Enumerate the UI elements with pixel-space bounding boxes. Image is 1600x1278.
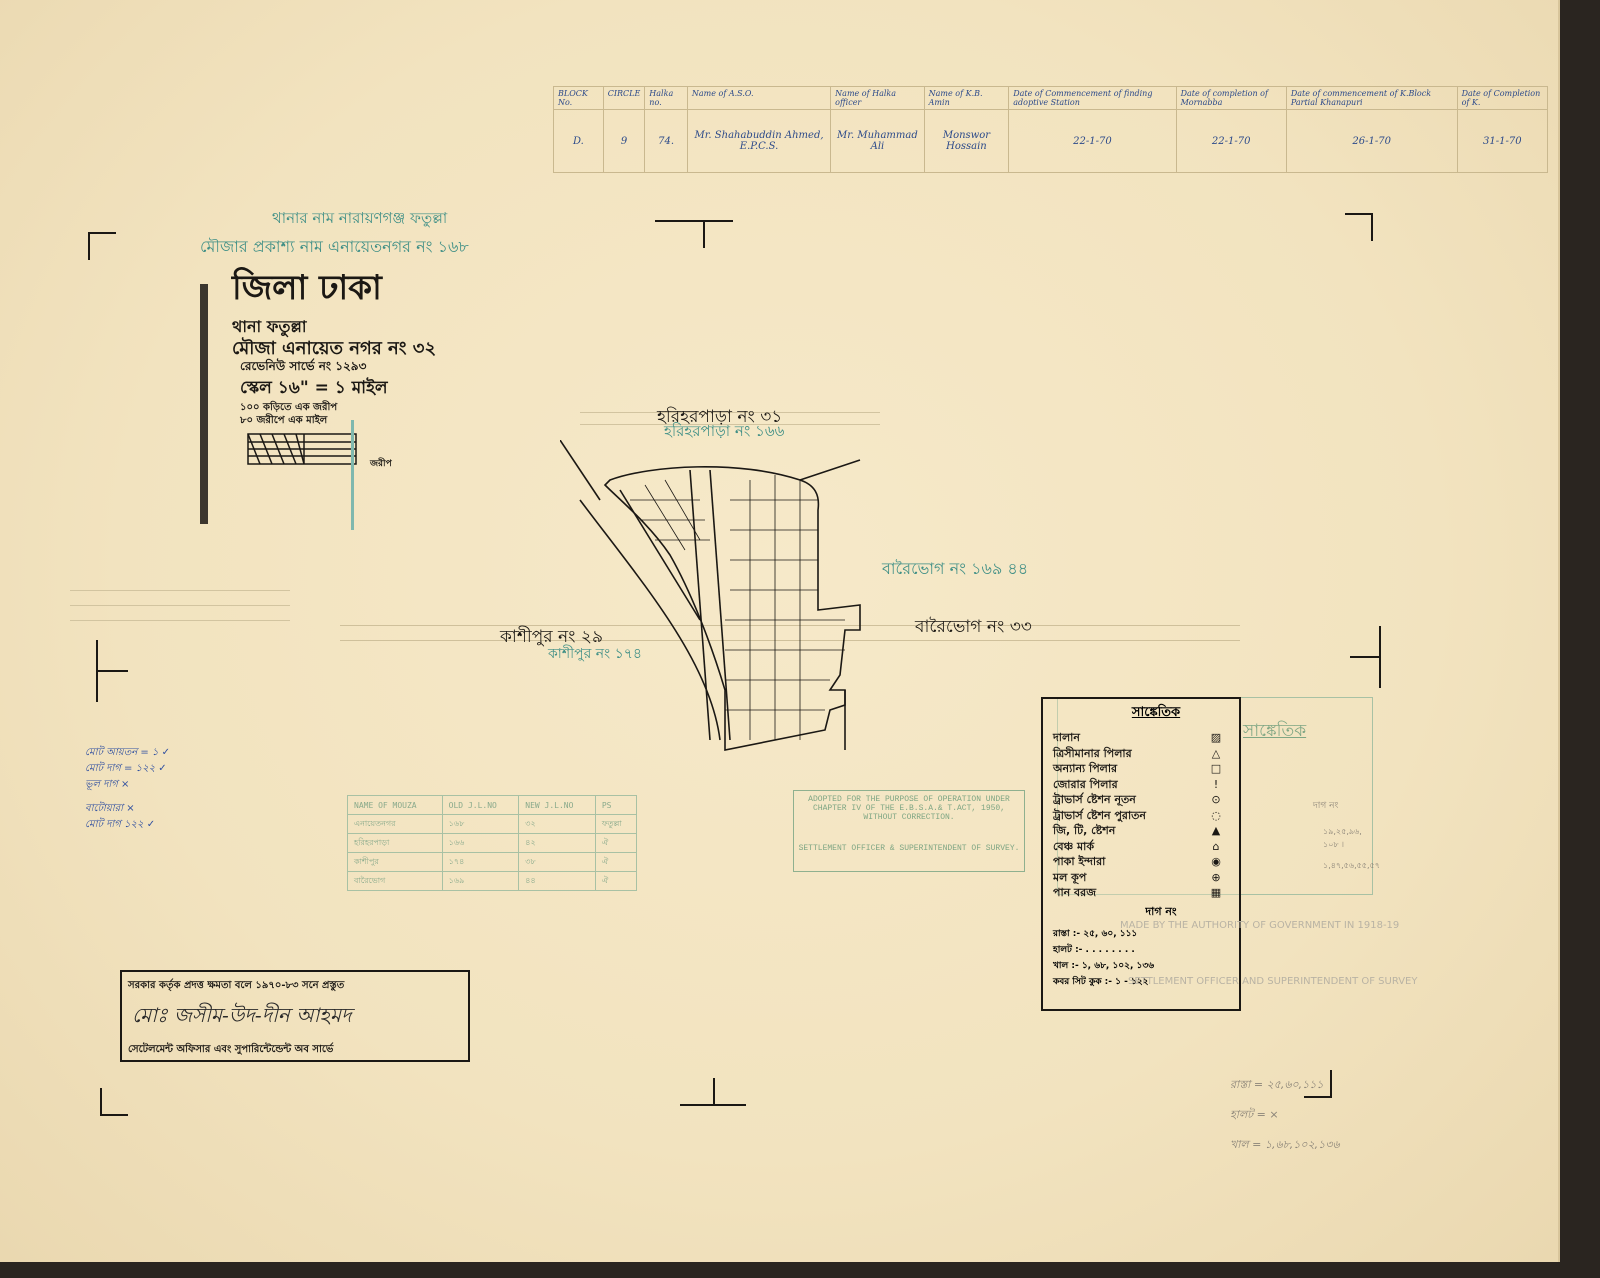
legend-box: সাঙ্কেতিক দালান ত্রিসীমানার পিলার অন্যান…	[1041, 697, 1241, 1011]
tick-mark-top	[655, 220, 733, 222]
prepared-stamp: সরকার কর্তৃক প্রদত্ত ক্ষমতা বলে ১৯৭০-৮৩ …	[120, 970, 470, 1062]
note-line: খাল = ১,৬৮,১০২,১৩৬	[1230, 1130, 1340, 1160]
header-cell: Name of K.B. Amin	[924, 87, 1009, 110]
cell: ৩২	[519, 815, 596, 834]
faded-dag-row: ১৯,২৫,৯৬, ১০৮ ।	[1323, 826, 1372, 852]
table-row: এনায়েতনগর১৬৮৩২ফতুল্লা	[348, 815, 637, 834]
legend-item-label: অন্যান্য পিলার	[1053, 761, 1193, 777]
legend-item-label: পাকা ইন্দারা	[1053, 854, 1193, 870]
cell-block: D.	[554, 110, 604, 173]
header-cell: PS	[595, 796, 636, 815]
corner-mark-top-left	[88, 232, 116, 260]
legend-item-label: বেঞ্চ মার্ক	[1053, 839, 1193, 855]
cell-date: 31-1-70	[1457, 110, 1547, 173]
teal-mark	[351, 420, 354, 530]
cell-date: 22-1-70	[1009, 110, 1176, 173]
legend-item-label: ত্রিসীমানার পিলার	[1053, 746, 1193, 762]
ruled-line	[70, 605, 290, 606]
cell: ৪২	[519, 834, 596, 853]
ruled-line	[70, 590, 290, 591]
thana-name-stamp: থানার নাম নারায়ণগঞ্জ ফতুল্লা	[272, 207, 447, 232]
cell: বারৈভোগ	[348, 872, 443, 891]
dag-row-halot: হালট :- . . . . . . . .	[1053, 942, 1239, 958]
dag-row-canal: খাল :- ১, ৬৮, ১০২, ১৩৬	[1053, 958, 1239, 974]
legend-item-label: দালান	[1053, 730, 1193, 746]
legend-item-label: ট্রাভার্স ষ্টেশন পুরাতন	[1053, 808, 1193, 824]
note-line: ভূল দাগ ×	[85, 777, 170, 793]
bench-mark-icon: ⌂	[1201, 839, 1231, 855]
tick-mark-right	[1350, 656, 1380, 658]
building-icon: ▨	[1201, 730, 1231, 746]
legend-item-label: পান বরজ	[1053, 885, 1193, 901]
cell: ঐ	[595, 834, 636, 853]
faded-dag-row: ১,৪৭,৫৬,৫৫,৫৭	[1323, 860, 1380, 873]
cell-halka: 74.	[645, 110, 688, 173]
cell: কাশীপুর	[348, 853, 443, 872]
header-cell: Name of A.S.O.	[687, 87, 830, 110]
faded-dag-heading: দাগ নং	[1313, 798, 1338, 813]
cell: ৪৪	[519, 872, 596, 891]
header-cell: Date of commencement of K.Block Partial …	[1286, 87, 1457, 110]
scale-bar-unit: জরীপ	[370, 456, 392, 471]
table-header-row: BLOCK No. CIRCLE Halka no. Name of A.S.O…	[554, 87, 1548, 110]
scale-note: ৮০ জরীপে এক মাইল	[240, 413, 327, 430]
cell: হরিহরপাড়া	[348, 834, 443, 853]
district-title: জিলা ঢাকা	[232, 262, 382, 319]
dag-heading: দাগ নং	[1083, 903, 1239, 922]
header-cell: NEW J.L.NO	[519, 796, 596, 815]
survey-progress-table: BLOCK No. CIRCLE Halka no. Name of A.S.O…	[553, 86, 1548, 173]
cell: ১৬৬	[442, 834, 519, 853]
legend-item-label: জি, টি, ষ্টেশন	[1053, 823, 1193, 839]
tri-junction-pillar-icon: △	[1201, 746, 1231, 762]
scale-bar	[242, 432, 362, 472]
mouza-table: NAME OF MOUZA OLD J.L.NO NEW J.L.NO PS এ…	[347, 795, 637, 891]
tick-mark-bottom	[713, 1078, 715, 1106]
header-cell: OLD J.L.NO	[442, 796, 519, 815]
header-cell: BLOCK No.	[554, 87, 604, 110]
header-cell: Halka no.	[645, 87, 688, 110]
legend-item-label: মল কূপ	[1053, 870, 1193, 886]
cell-date: 22-1-70	[1176, 110, 1286, 173]
cell: ১৬৯	[442, 872, 519, 891]
betel-garden-icon: ▦	[1201, 885, 1231, 901]
note-line: বাটোয়ারা ×	[85, 801, 170, 817]
mouza-public-name-stamp: মৌজার প্রকাশ্য নাম এনায়েতনগর নং ১৬৮	[200, 234, 469, 261]
cell-date: 26-1-70	[1286, 110, 1457, 173]
handwritten-notes-bottom-right: রাস্তা = ২৫,৬০,১১১ হালট = × খাল = ১,৬৮,১…	[1230, 1070, 1340, 1160]
legend-title: সাঙ্কেতিক	[1073, 703, 1239, 724]
table-row: D. 9 74. Mr. Shahabuddin Ahmed, E.P.C.S.…	[554, 110, 1548, 173]
cell: ১৬৮	[442, 815, 519, 834]
cell: ঐ	[595, 872, 636, 891]
prepared-stamp-header: সরকার কর্তৃক প্রদত্ত ক্ষমতা বলে ১৯৭০-৮৩ …	[128, 978, 468, 995]
map-sheet: BLOCK No. CIRCLE Halka no. Name of A.S.O…	[0, 0, 1560, 1262]
header-cell: Date of Completion of K.	[1457, 87, 1547, 110]
scale-label: স্কেল ১৬" = ১ মাইল	[240, 375, 388, 403]
prepared-stamp-footer: সেটেলমেন্ট অফিসার এবং সুপারিন্টেন্ডেন্ট …	[128, 1042, 468, 1059]
note-line: মোট দাগ = ১২২ ✓	[85, 761, 170, 777]
note-line: রাস্তা = ২৫,৬০,১১১	[1230, 1070, 1340, 1100]
cell: ৩৮	[519, 853, 596, 872]
boundary-label-west-old: কাশীপুর নং ১৭৪	[548, 642, 642, 666]
cell-circle: 9	[603, 110, 645, 173]
other-pillar-icon: □	[1201, 761, 1231, 777]
tick-mark-left	[96, 670, 128, 672]
note-line: হালট = ×	[1230, 1100, 1340, 1130]
pucca-well-icon: ◉	[1201, 854, 1231, 870]
table-row: হরিহরপাড়া১৬৬৪২ঐ	[348, 834, 637, 853]
corner-mark-bottom-left	[100, 1088, 128, 1116]
header-cell: Name of Halka officer	[831, 87, 924, 110]
header-cell: NAME OF MOUZA	[348, 796, 443, 815]
cell-halka-officer: Mr. Muhammad Ali	[831, 110, 924, 173]
cell: এনায়েতনগর	[348, 815, 443, 834]
ruled-line	[70, 620, 290, 621]
faded-legend-title: সাঙ্কেতিক	[1243, 718, 1306, 746]
title-bar	[200, 284, 208, 524]
adoption-text: ADOPTED FOR THE PURPOSE OF OPERATION UND…	[794, 795, 1024, 822]
officer-signature: মোঃ জসীম-উদ-দীন আহমদ	[132, 1001, 468, 1034]
adoption-footer: SETTLEMENT OFFICER & SUPERINTENDENT OF S…	[794, 844, 1024, 853]
cadastral-map	[560, 440, 880, 770]
legend-item-label: জোরার পিলার	[1053, 777, 1193, 793]
gov-officer-text: SETTLEMENT OFFICER AND SUPERINTENDENT OF…	[1128, 976, 1418, 987]
table-row: কাশীপুর১৭৪৩৮ঐ	[348, 853, 637, 872]
boundary-label-east-old: বারৈভোগ নং ১৬৯ ৪৪	[882, 556, 1028, 583]
table-row: বারৈভোগ১৬৯৪৪ঐ	[348, 872, 637, 891]
header-cell: CIRCLE	[603, 87, 645, 110]
cell-amin: Monswor Hossain	[924, 110, 1009, 173]
adoption-stamp: ADOPTED FOR THE PURPOSE OF OPERATION UND…	[793, 790, 1025, 872]
cell-aso: Mr. Shahabuddin Ahmed, E.P.C.S.	[687, 110, 830, 173]
tick-mark-top	[703, 220, 705, 248]
gov-authority-text: MADE BY THE AUTHORITY OF GOVERNMENT IN 1…	[1120, 920, 1399, 931]
corner-mark-top-right	[1345, 213, 1373, 241]
legend-item-label: ট্রাভার্স ষ্টেশন নূতন	[1053, 792, 1193, 808]
boundary-label-east: বারৈভোগ নং ৩৩	[915, 614, 1032, 642]
note-line: মোট আয়তন = ১ ✓	[85, 745, 170, 761]
handwritten-notes-left: মোট আয়তন = ১ ✓ মোট দাগ = ১২২ ✓ ভূল দাগ …	[85, 745, 170, 833]
cell: ফতুল্লা	[595, 815, 636, 834]
joint-pillar-icon: ǃ	[1201, 777, 1231, 793]
traverse-station-new-icon: ⊙	[1201, 792, 1231, 808]
cell: ১৭৪	[442, 853, 519, 872]
header-cell: Date of Commencement of finding adoptive…	[1009, 87, 1176, 110]
tube-well-icon: ⊕	[1201, 870, 1231, 886]
traverse-station-old-icon: ◌	[1201, 808, 1231, 824]
note-line: মোট দাগ ১২২ ✓	[85, 817, 170, 833]
table-header-row: NAME OF MOUZA OLD J.L.NO NEW J.L.NO PS	[348, 796, 637, 815]
gt-station-icon: ▲	[1201, 823, 1231, 839]
header-cell: Date of completion of Mornabba	[1176, 87, 1286, 110]
boundary-label-north-old: হরিহরপাড়া নং ১৬৬	[664, 420, 784, 445]
cell: ঐ	[595, 853, 636, 872]
